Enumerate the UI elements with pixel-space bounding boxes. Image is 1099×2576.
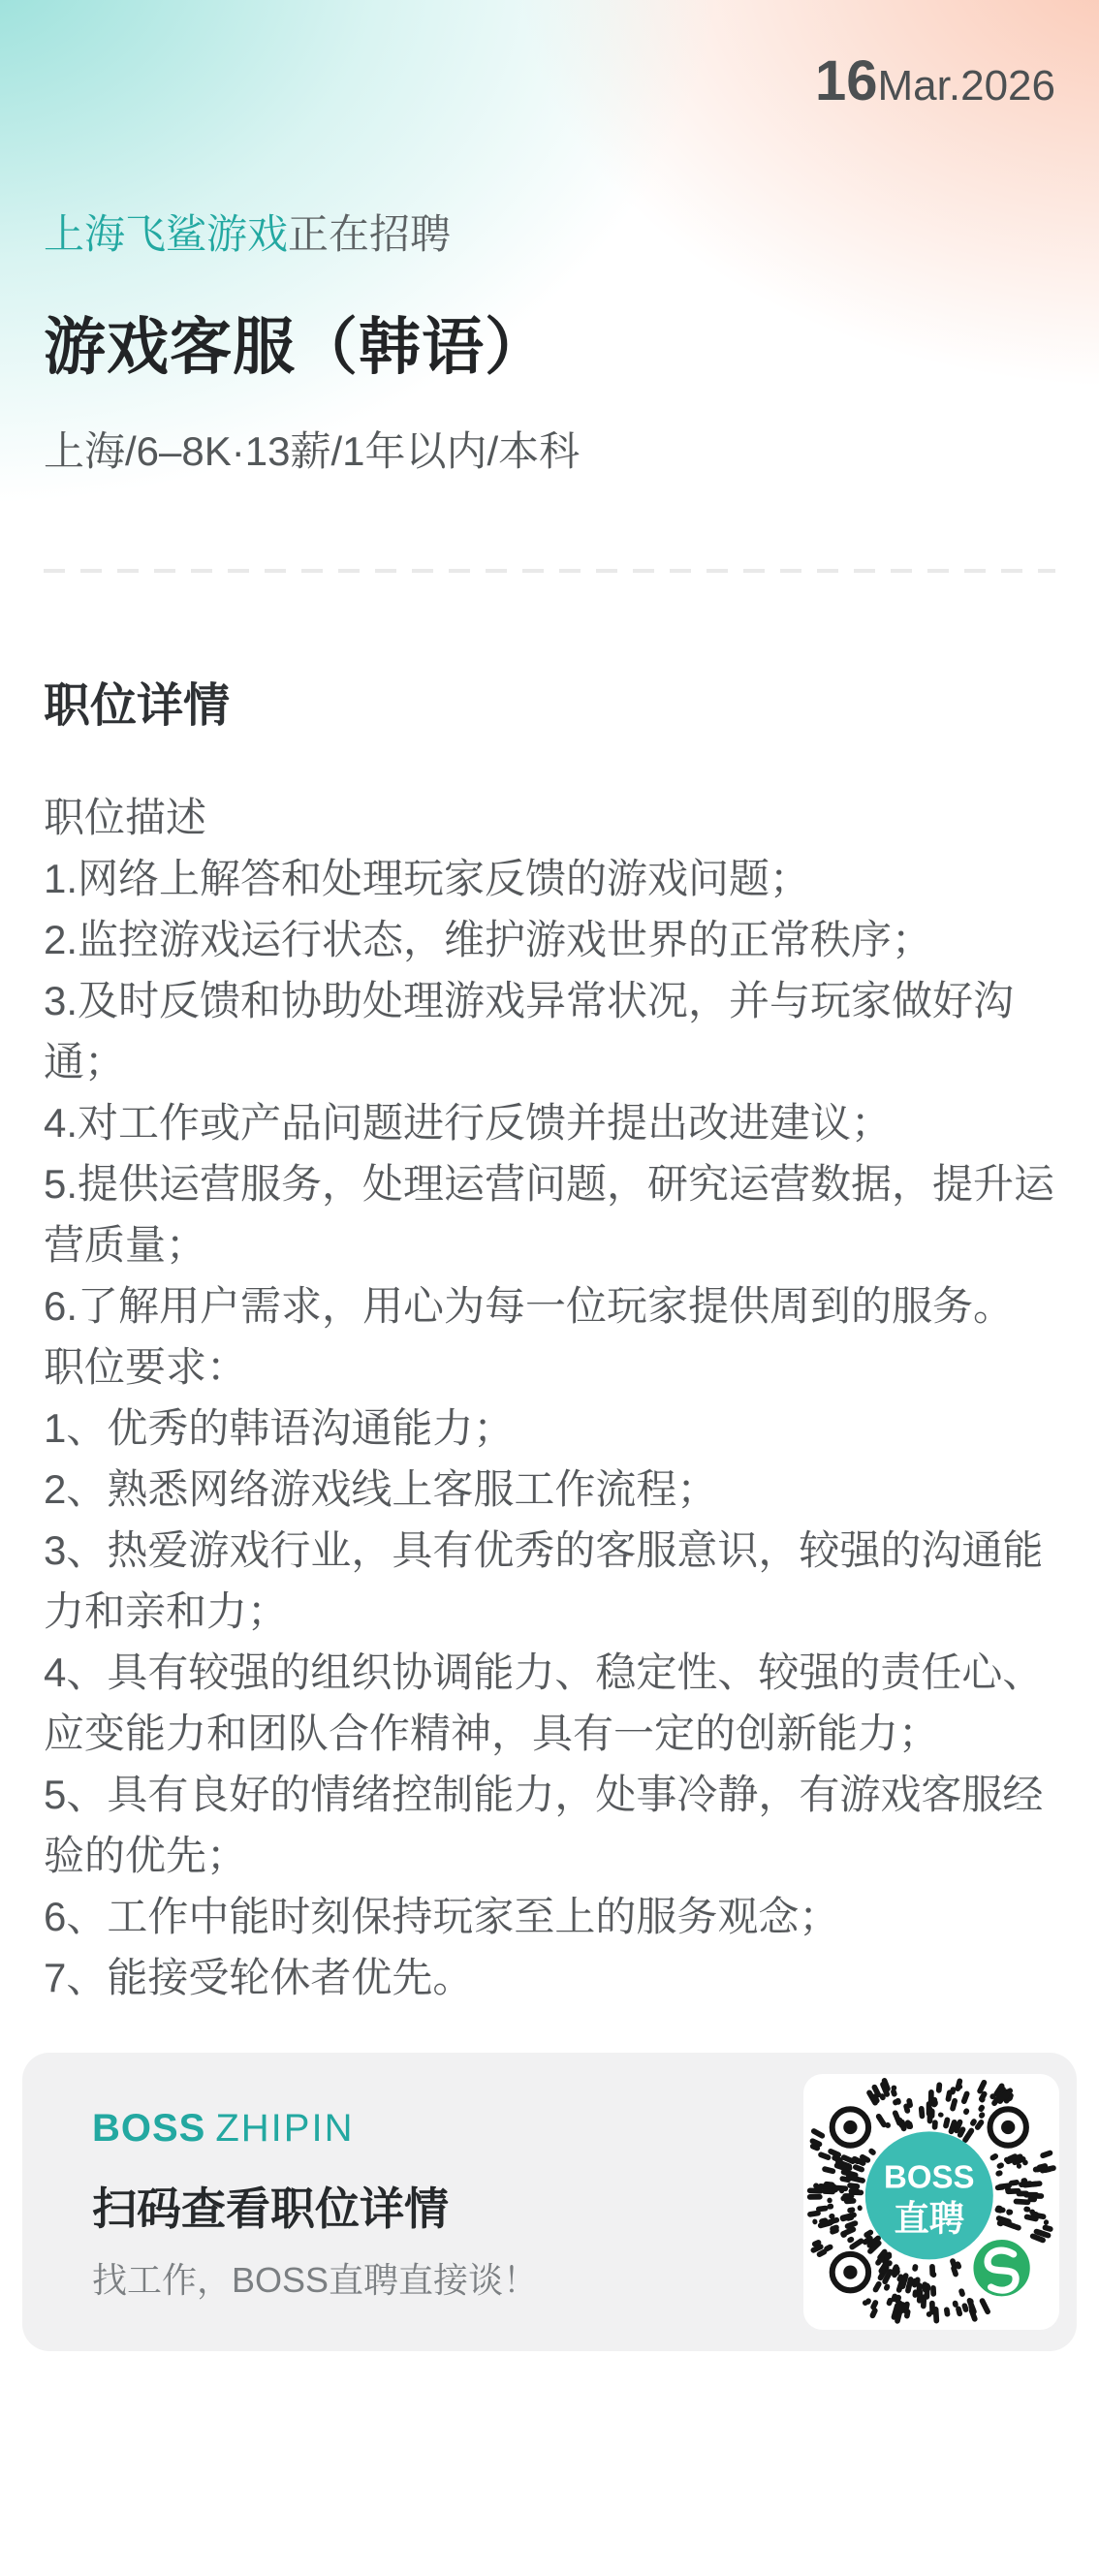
job-title: 游戏客服（韩语） <box>44 298 1055 387</box>
section-heading-job-details: 职位详情 <box>44 668 1055 735</box>
hiring-suffix: 正在招聘 <box>288 211 451 257</box>
date-month-year: Mar.2026 <box>878 62 1055 110</box>
description-paragraph: 4.对工作或产品问题进行反馈并提出改进建议； <box>44 1092 1055 1153</box>
brand-boss: BOSS <box>92 2107 205 2150</box>
description-paragraph: 6、工作中能时刻保持玩家至上的服务观念； <box>44 1886 1055 1947</box>
job-description: 职位描述1.网络上解答和处理玩家反馈的游戏问题；2.监控游戏运行状态，维护游戏世… <box>44 787 1055 2008</box>
date-day: 16 <box>815 49 878 112</box>
description-paragraph: 职位描述 <box>44 787 1055 848</box>
description-paragraph: 职位要求： <box>44 1336 1055 1398</box>
qr-code-svg: BOSS 直聘 <box>803 2074 1059 2330</box>
dashed-divider <box>44 569 1055 573</box>
description-paragraph: 1.网络上解答和处理玩家反馈的游戏问题； <box>44 848 1055 909</box>
qr-center-text-boss: BOSS <box>884 2159 975 2195</box>
description-paragraph: 1、优秀的韩语沟通能力； <box>44 1398 1055 1459</box>
description-paragraph: 2、熟悉网络游戏线上客服工作流程； <box>44 1459 1055 1520</box>
job-meta: 上海/6–8K·13薪/1年以内/本科 <box>44 420 1055 478</box>
qr-code: BOSS 直聘 <box>803 2074 1059 2330</box>
company-hiring-line: 上海飞鲨游戏正在招聘 <box>44 203 1055 261</box>
description-paragraph: 5、具有良好的情绪控制能力，处事冷静，有游戏客服经验的优先； <box>44 1764 1055 1886</box>
description-paragraph: 5.提供运营服务，处理运营问题，研究运营数据，提升运营质量； <box>44 1153 1055 1275</box>
description-paragraph: 4、具有较强的组织协调能力、稳定性、较强的责任心、应变能力和团队合作精神，具有一… <box>44 1642 1055 1764</box>
description-paragraph: 6.了解用户需求，用心为每一位玩家提供周到的服务。 <box>44 1275 1055 1336</box>
description-paragraph: 3.及时反馈和协助处理游戏异常状况，并与玩家做好沟通； <box>44 970 1055 1092</box>
share-card-page: 16Mar.2026 上海飞鲨游戏正在招聘 游戏客服（韩语） 上海/6–8K·1… <box>0 0 1099 2008</box>
description-paragraph: 7、能接受轮休者优先。 <box>44 1947 1055 2008</box>
qr-center-text-zhipin: 直聘 <box>895 2199 965 2239</box>
brand-zhipin: ZHIPIN <box>215 2107 354 2150</box>
description-paragraph: 3、热爱游戏行业，具有优秀的客服意识，较强的沟通能力和亲和力； <box>44 1520 1055 1642</box>
qr-center-circle <box>865 2131 993 2259</box>
date: 16Mar.2026 <box>44 0 1055 113</box>
miniprogram-badge <box>971 2237 1033 2299</box>
boss-zhipin-footer-card: BOSSZHIPIN 扫码查看职位详情 找工作，BOSS直聘直接谈！ BOSS … <box>22 2053 1077 2351</box>
description-paragraph: 2.监控游戏运行状态，维护游戏世界的正常秩序； <box>44 909 1055 970</box>
company-name: 上海飞鲨游戏 <box>44 211 288 257</box>
